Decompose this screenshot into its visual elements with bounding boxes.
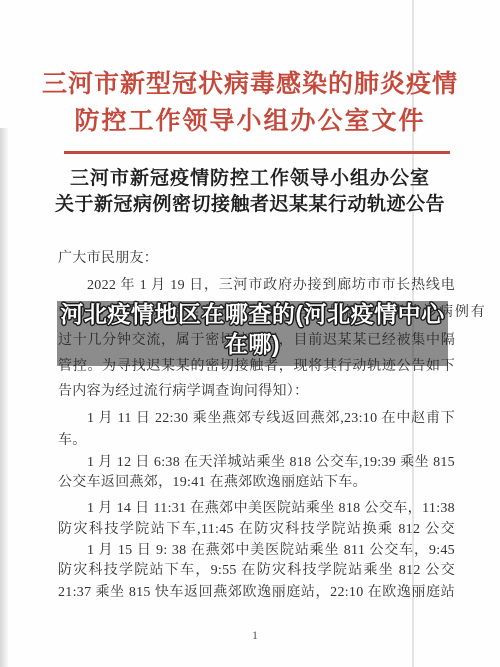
body-line: 1 月 15 日 9: 38 在燕郊中美医院站乘坐 811 公交车，9:45 [58, 539, 455, 559]
body-line: 1 月 12 日 6:38 在天洋城站乘坐 818 公交车,19:39 乘坐 8… [58, 451, 455, 471]
letterhead-line1: 三河市新型冠状病毒感染的肺炎疫情 [0, 64, 500, 100]
letterhead-line2: 防控工作领导小组办公室文件 [0, 101, 500, 137]
body-line: 广大市民朋友： [58, 247, 455, 267]
body-line: 防灾科技学院站下车,11:45 在防灾科技学院站换乘 812 公交车。 [58, 518, 455, 538]
body-line: 2022 年 1 月 19 日，三河市政府办接到廊坊市市长热线电话 [58, 274, 455, 294]
caption-overlay-text: 河北疫情地区在哪查的(河北疫情中心 在哪) [47, 299, 458, 359]
body-line: 告内容为经过流行病学调查询问得知）： [58, 380, 455, 400]
body-line: 21:37 乘坐 815 快车返回燕郊欧逸丽庭站，22:10 在欧逸丽庭站 [58, 581, 455, 601]
body-line: 公交车返回燕郊，19:41 在燕郊欧逸丽庭站下车。 [58, 471, 455, 491]
caption-line2: 在哪) [47, 329, 458, 359]
body-line: 1 月 11 日 22:30 乘坐燕郊专线返回燕郊,23:10 在中赵甫下 [58, 407, 455, 427]
document-title-line1: 三河市新冠疫情防控工作领导小组办公室 [0, 163, 500, 190]
body-line: 防灾科技学院站下车，9:55 在防灾科技学院站乘坐 812 公交车， [58, 559, 455, 579]
letterhead-rule [64, 151, 450, 154]
body-line: 车。 [58, 429, 455, 449]
document-title-line2: 关于新冠病例密切接触者迟某某行动轨迹公告 [0, 189, 500, 216]
body-line: 1 月 14 日 11:31 在燕郊中美医院站乘坐 818 公交车，11:38 [58, 497, 455, 517]
caption-line1: 河北疫情地区在哪查的(河北疫情中心 [47, 299, 458, 329]
scanned-document-page: 三河市新型冠状病毒感染的肺炎疫情 防控工作领导小组办公室文件 三河市新冠疫情防控… [0, 0, 500, 667]
page-number: 1 [0, 628, 500, 643]
